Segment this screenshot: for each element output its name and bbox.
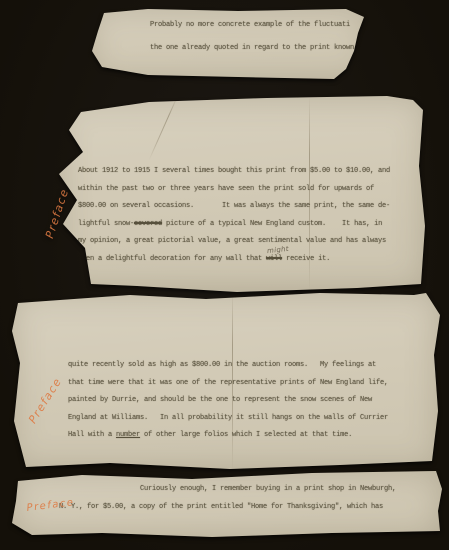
paper-fragment-2: About 1912 to 1915 I several times bough… xyxy=(57,96,427,292)
paper-fragment-1: Probably no more concrete example of the… xyxy=(88,7,370,83)
struck-word: will xyxy=(266,255,282,263)
corrected-word: mightwill xyxy=(266,254,282,264)
paper-fragment-4: Curiously enough, I remember buying in a… xyxy=(12,471,442,540)
typed-line: Curiously enough, I remember buying in a… xyxy=(140,484,396,494)
typescript-fragment-2: About 1912 to 1915 I several times bough… xyxy=(57,96,427,292)
typed-text: lightful snow- xyxy=(78,220,134,228)
scan-background: Probably no more concrete example of the… xyxy=(0,0,449,550)
typed-line: lightful snow-covered picture of a typic… xyxy=(78,219,382,229)
typed-line: N. Y., for $5.00, a copy of the print en… xyxy=(59,502,383,512)
struck-word: covered xyxy=(134,220,162,228)
typed-line: England at Williams. In all probability … xyxy=(68,413,388,423)
typescript-fragment-4: Curiously enough, I remember buying in a… xyxy=(12,471,442,540)
typed-line: the one already quoted in regard to the … xyxy=(150,43,354,53)
typed-line: my opinion, a great pictorial value, a g… xyxy=(78,236,386,246)
typed-line: within the past two or three years have … xyxy=(78,184,374,194)
typed-text: receive it. xyxy=(282,255,330,263)
typed-text: been a delightful decoration for any wal… xyxy=(78,255,266,263)
typescript-fragment-3: quite recently sold as high as $800.00 i… xyxy=(10,291,440,471)
margin-annotation: Preface xyxy=(43,187,71,240)
underlined-word: number xyxy=(116,431,140,439)
typed-line: $800.00 on several occasions. It was alw… xyxy=(78,201,390,211)
typed-line: that time were that it was one of the re… xyxy=(68,378,388,388)
typed-line: Probably no more concrete example of the… xyxy=(150,20,350,30)
typed-text: picture of a typical New England custom.… xyxy=(162,220,382,228)
paper-fragment-3: quite recently sold as high as $800.00 i… xyxy=(10,291,440,471)
typed-text: Hall with a xyxy=(68,431,116,439)
typescript-fragment-1: Probably no more concrete example of the… xyxy=(88,7,370,83)
typed-text: of other large folios which I selected a… xyxy=(140,431,352,439)
typed-line: About 1912 to 1915 I several times bough… xyxy=(78,166,390,176)
typed-line: painted by Durrie, and should be the one… xyxy=(68,395,372,405)
typed-line: been a delightful decoration for any wal… xyxy=(78,254,330,264)
typed-line: quite recently sold as high as $800.00 i… xyxy=(68,360,376,370)
paper-crease xyxy=(149,96,178,160)
typed-line: Hall with a number of other large folios… xyxy=(68,430,352,440)
